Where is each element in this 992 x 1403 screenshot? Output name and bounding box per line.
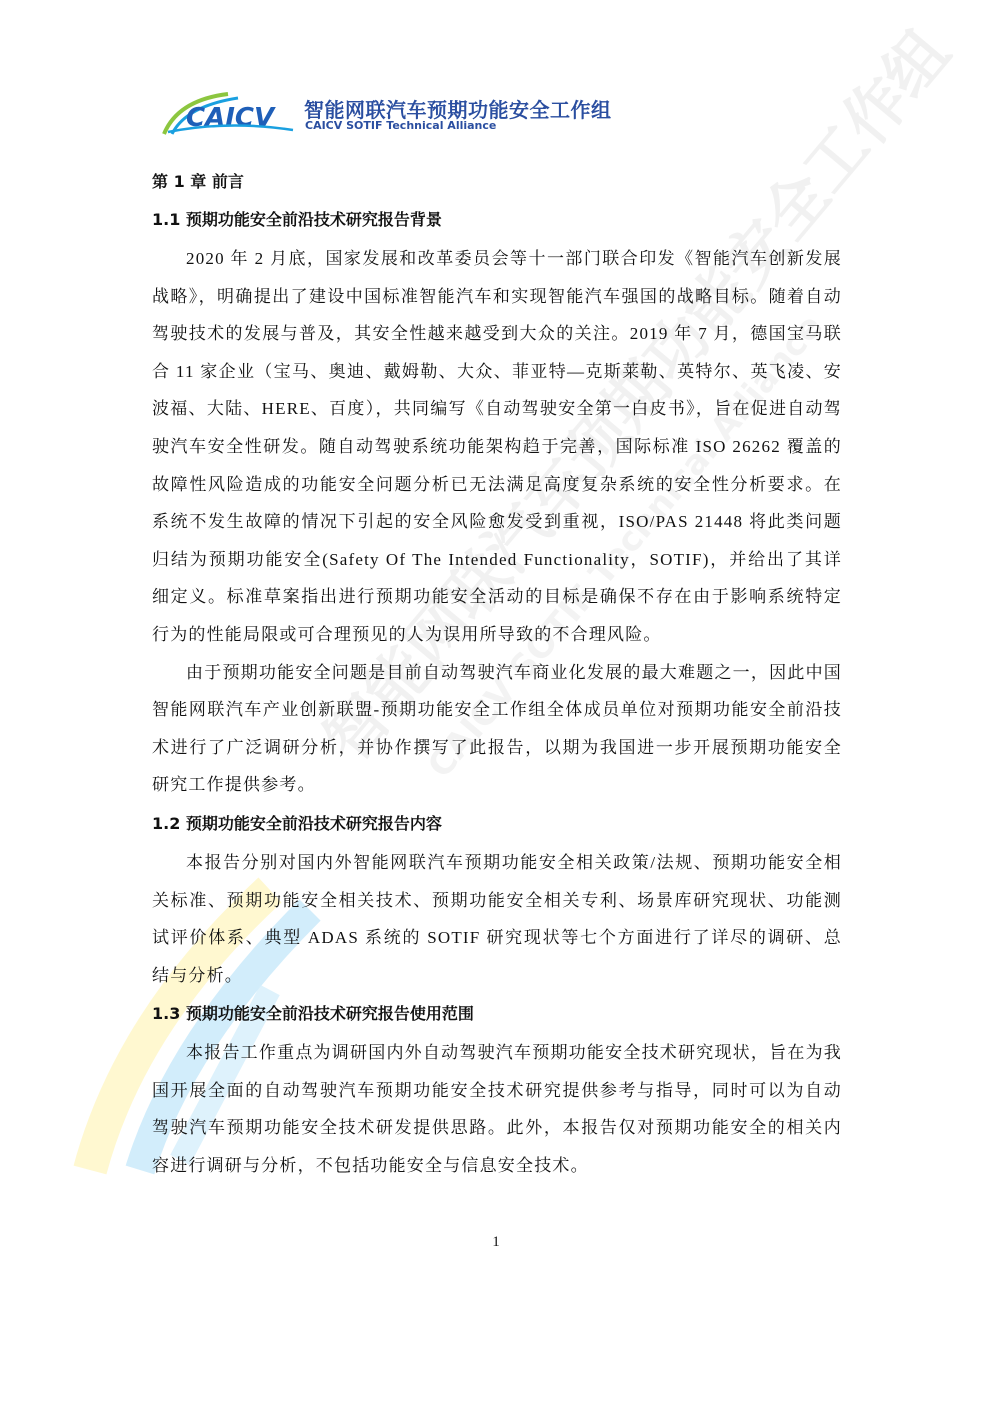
- section-title: 1.3 预期功能安全前沿技术研究报告使用范围: [152, 994, 842, 1034]
- section-title: 1.1 预期功能安全前沿技术研究报告背景: [152, 200, 842, 240]
- org-name-en: CAICV SOTIF Technical Alliance: [305, 119, 496, 132]
- chapter-title: 第 1 章 前言: [152, 164, 842, 200]
- document-body: 第 1 章 前言 1.1 预期功能安全前沿技术研究报告背景 2020 年 2 月…: [152, 164, 842, 1185]
- paragraph: 2020 年 2 月底，国家发展和改革委员会等十一部门联合印发《智能汽车创新发展…: [152, 240, 842, 654]
- document-header: CAICV 智能网联汽车预期功能安全工作组 CAICV SOTIF Techni…: [158, 90, 618, 138]
- page-number: 1: [0, 1234, 992, 1251]
- paragraph: 本报告工作重点为调研国内外自动驾驶汽车预期功能安全技术研究现状，旨在为我国开展全…: [152, 1034, 842, 1184]
- paragraph: 由于预期功能安全问题是目前自动驾驶汽车商业化发展的最大难题之一，因此中国智能网联…: [152, 654, 842, 804]
- paragraph: 本报告分别对国内外智能网联汽车预期功能安全相关政策/法规、预期功能安全相关标准、…: [152, 844, 842, 994]
- caicv-logo-icon: CAICV: [158, 90, 298, 136]
- section-title: 1.2 预期功能安全前沿技术研究报告内容: [152, 804, 842, 844]
